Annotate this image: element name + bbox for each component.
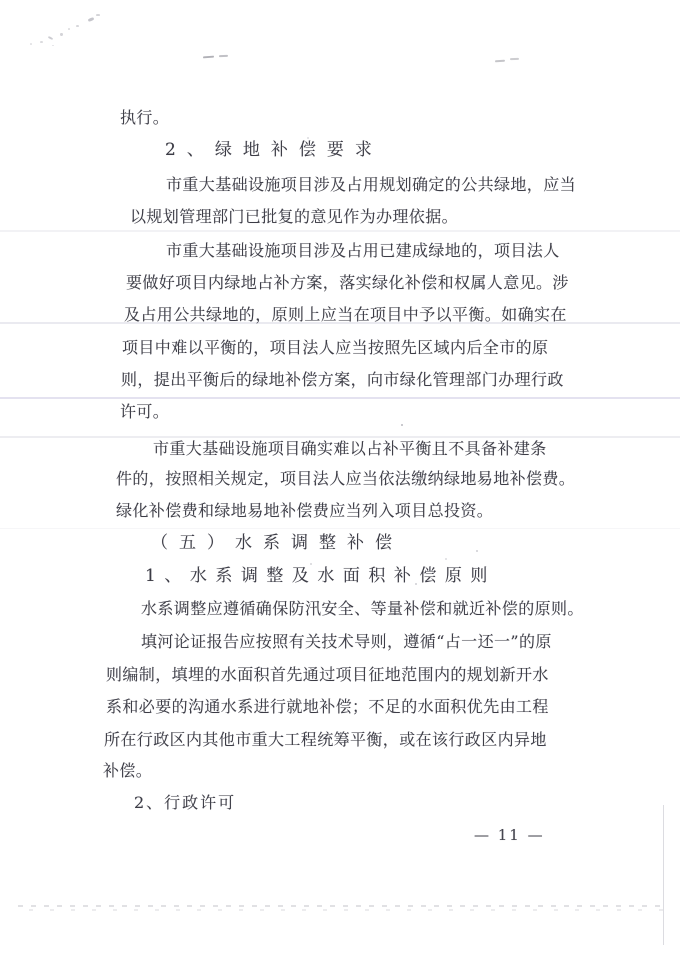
body-line: 及占用公共绿地的，原则上应当在项目中予以平衡。如确实在 — [124, 304, 567, 326]
scan-edge-line — [663, 805, 664, 945]
heading-water-adjustment-principle: 1、水系调整及水面积补偿原则 — [145, 565, 496, 587]
body-line: 所在行政区内其他市重大工程统筹平衡，或在该行政区内异地 — [104, 729, 547, 751]
body-line: 水系调整应遵循确保防汛安全、等量补偿和就近补偿的原则。 — [141, 598, 584, 620]
scan-streak — [0, 230, 680, 232]
body-line: 系和必要的沟通水系进行就地补偿；不足的水面积优先由工程 — [106, 696, 549, 718]
heading-section-five-water-adjustment: （五）水系调整补偿 — [151, 532, 403, 554]
body-line: 市重大基础设施项目涉及占用已建成绿地的，项目法人 — [166, 240, 560, 262]
body-line: 绿化补偿费和绿地易地补偿费应当列入项目总投资。 — [116, 500, 493, 522]
heading-admin-permit: 2、行政许可 — [134, 792, 236, 814]
body-line: 市重大基础设施项目涉及占用规划确定的公共绿地，应当 — [166, 174, 576, 196]
body-line: 许可。 — [120, 401, 169, 423]
body-line: 要做好项目内绿地占补方案，落实绿化补偿和权属人意见。涉 — [126, 272, 569, 294]
page-number: — 11 — — [474, 826, 545, 844]
scan-speckle-band — [18, 903, 663, 912]
body-line: 填河论证报告应按照有关技术导则，遵循“占一还一”的原 — [141, 631, 552, 653]
scanned-document-page: 执行。 2、绿地补偿要求 市重大基础设施项目涉及占用规划确定的公共绿地，应当 以… — [0, 0, 680, 972]
body-line: 则，提出平衡后的绿地补偿方案，向市绿化管理部门办理行政 — [121, 369, 564, 391]
heading-green-compensation: 2、绿地补偿要求 — [165, 139, 383, 161]
body-line: 补偿。 — [103, 760, 152, 782]
body-line: 执行。 — [120, 107, 169, 129]
scan-streak — [0, 528, 680, 529]
body-line: 以规划管理部门已批复的意见作为办理依据。 — [130, 206, 458, 228]
body-line: 项目中难以平衡的，项目法人应当按照先区域内后全市的原 — [122, 337, 548, 359]
scan-streak — [0, 397, 680, 399]
body-line: 件的，按照相关规定，项目法人应当依法缴纳绿地易地补偿费。 — [116, 468, 575, 490]
body-line: 市重大基础设施项目确实难以占补平衡且不具备补建条 — [153, 438, 547, 460]
body-line: 则编制，填埋的水面积首先通过项目征地范围内的规划新开水 — [106, 664, 549, 686]
